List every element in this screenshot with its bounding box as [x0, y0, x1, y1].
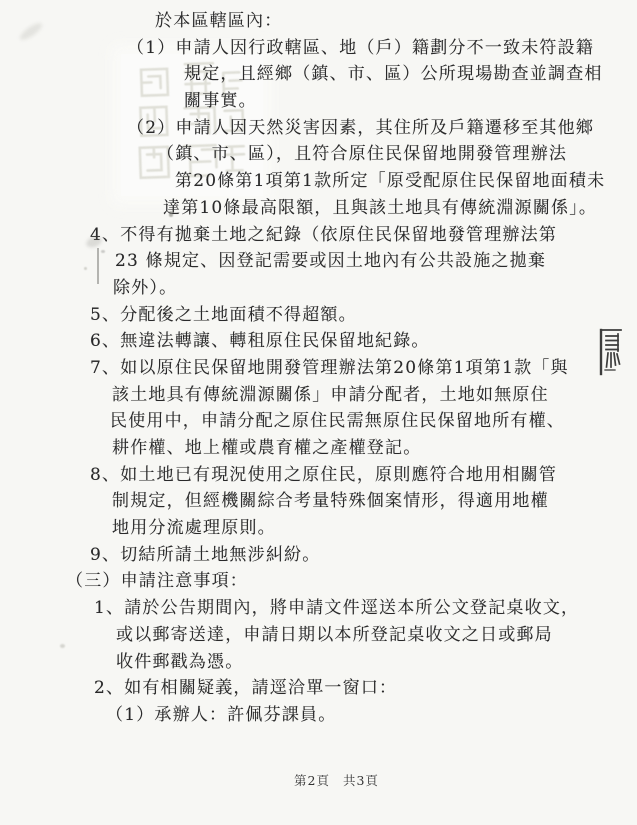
- text-line: 5、分配後之土地面積不得超額。: [90, 302, 637, 329]
- text-line: 規定，且經鄉（鎮、市、區）公所現場勘查並調查相: [184, 61, 637, 88]
- text-line: 該土地具有傳統淵源關係」申請分配者，土地如無原住: [112, 382, 637, 409]
- scanned-document-page: 於本區轄區內： （1）申請人因行政轄區、地（戶）籍劃分不一致未符設籍 規定，且經…: [0, 0, 637, 825]
- text-line: 達第10條最高限額，且與該土地具有傳統淵源關係」。: [163, 195, 637, 222]
- page-number: 第2頁: [294, 771, 330, 789]
- text-line: 2、如有相關疑義，請逕洽單一窗口：: [94, 675, 637, 702]
- text-line: 第20條第1項第1款所定「原受配原住民保留地面積未: [175, 168, 637, 195]
- text-line: 地用分流處理原則。: [112, 515, 637, 542]
- text-line: 23 條規定、因登記需要或因土地內有公共設施之拋棄: [115, 248, 637, 275]
- text-line: 6、無違法轉讓、轉租原住民保留地紀錄。: [90, 328, 637, 355]
- edge-stamp-icon: [597, 325, 625, 377]
- text-line: 於本區轄區內：: [155, 8, 637, 35]
- text-line: 關事實。: [184, 88, 637, 115]
- text-line: 8、如土地已有現況使用之原住民，原則應符合地用相關管: [90, 462, 637, 489]
- document-body: 於本區轄區內： （1）申請人因行政轄區、地（戶）籍劃分不一致未符設籍 規定，且經…: [0, 8, 637, 729]
- page-total: 共3頁: [343, 771, 379, 789]
- text-line: （鎮、市、區），且符合原住民保留地開發管理辦法: [157, 141, 637, 168]
- text-line: （1）承辦人：許佩芬課員。: [106, 702, 637, 729]
- page-footer: 第2頁 共3頁: [294, 771, 379, 789]
- text-line: 除外）。: [113, 275, 637, 302]
- text-line: 收件郵戳為憑。: [116, 649, 637, 676]
- text-line: （三）申請注意事項：: [66, 568, 637, 595]
- text-line: （2）申請人因天然災害因素，其住所及戶籍遷移至其他鄉: [127, 115, 637, 142]
- text-line: 制規定，但經機關綜合考量特殊個案情形，得適用地權: [112, 488, 637, 515]
- text-line: 民使用中，申請分配之原住民需無原住民保留地所有權、: [110, 408, 637, 435]
- text-line: 9、切結所請土地無涉糾紛。: [90, 542, 637, 569]
- text-line: 4、不得有拋棄土地之紀錄（依原住民保留地發管理辦法第: [90, 222, 637, 249]
- text-line: 1、請於公告期間內，將申請文件逕送本所公文登記桌收文，: [94, 595, 637, 622]
- text-line: 7、如以原住民保留地開發管理辦法第20條第1項第1款「與: [90, 355, 637, 382]
- text-line: 或以郵寄送達，申請日期以本所登記桌收文之日或郵局: [116, 622, 637, 649]
- text-line: 耕作權、地上權或農育權之產權登記。: [112, 435, 637, 462]
- text-line: （1）申請人因行政轄區、地（戶）籍劃分不一致未符設籍: [127, 35, 637, 62]
